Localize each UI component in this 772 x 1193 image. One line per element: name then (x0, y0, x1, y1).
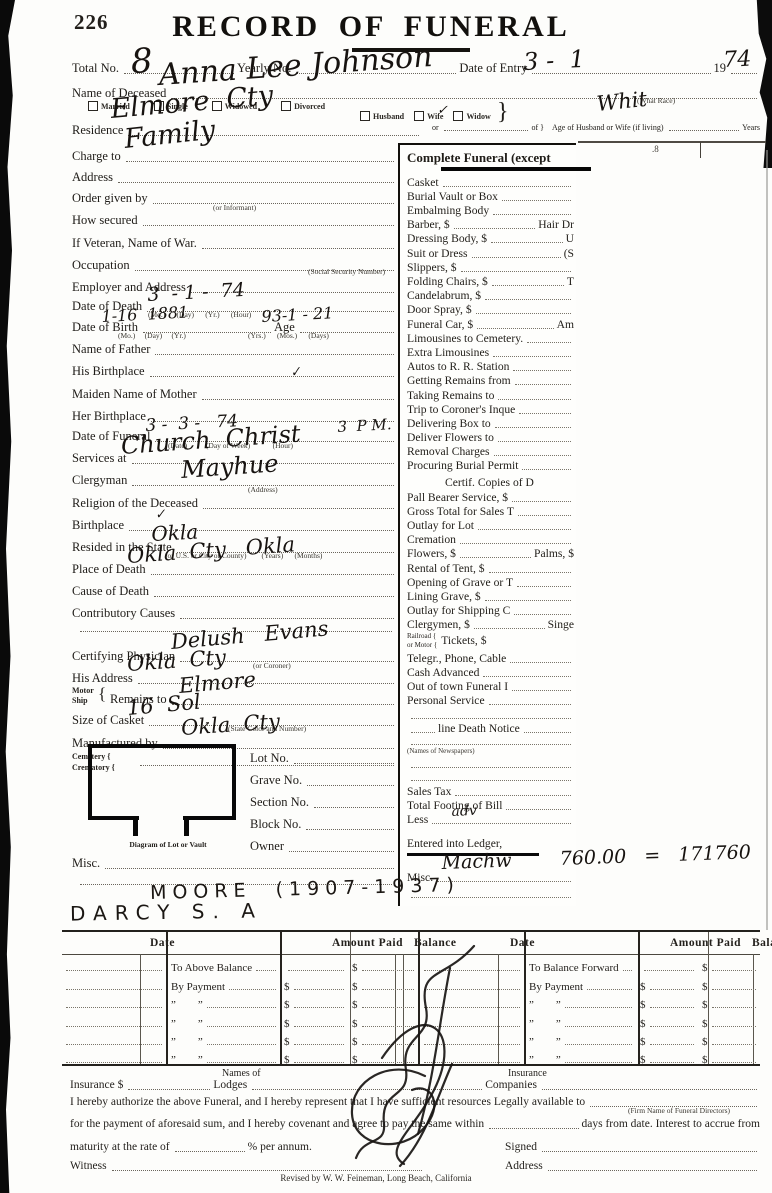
charge-item: Trip to Coroner's Inque (407, 402, 574, 416)
row-place-of-death: Place of Death (72, 563, 397, 576)
slip-header: Complete Funeral (except (407, 149, 574, 166)
charge-item: Out of town Funeral I (407, 679, 574, 693)
motor-ship-label: Motor Ship (72, 686, 94, 706)
hw-date-of-entry: 3 - 1 (523, 45, 586, 76)
diagram-leg (184, 817, 189, 836)
hw-total-no: 8 (130, 41, 154, 82)
marital-checkbox[interactable]: Divorced (281, 101, 325, 111)
lodges-label: Lodges (213, 1079, 247, 1091)
hw-year: 74 (723, 47, 752, 73)
firm-name-caption: (Firm Name of Funeral Directors) (628, 1106, 730, 1115)
row-if-veteran: If Veteran, Name of War. (72, 237, 397, 250)
col-date-left: Date (150, 937, 175, 949)
charge-item: Casket (407, 175, 574, 189)
charges-slip: Complete Funeral (except Casket Burial V… (398, 143, 576, 906)
form-credit: Revised by W. W. Feineman, Long Beach, C… (0, 1173, 752, 1183)
row-address-signed: Address (505, 1160, 760, 1172)
charge-item: Burial Vault or Box (407, 189, 574, 203)
row-birthplace: Birthplace (72, 519, 397, 532)
charge-item: Procuring Burial Permit (407, 458, 574, 472)
total-footing-item: Total Footing of Bill (407, 798, 574, 812)
charge-item: Outlay for Lot (407, 518, 574, 532)
charge-item: Funeral Car, $Am (407, 316, 574, 330)
spouse-checkboxes: HusbandWifeWidow (360, 111, 491, 121)
stray-tick (700, 142, 701, 158)
row-contributory: Contributory Causes (72, 607, 397, 620)
charge-item: Flowers, $Palms, $ (407, 546, 574, 560)
charge-item: Removal Charges (407, 444, 574, 458)
charge-item: Candelabrum, $ (407, 288, 574, 302)
charge-item: Extra Limousines (407, 345, 574, 359)
charge-item: Suit or Dress(S (407, 245, 574, 259)
charge-item: Dressing Body, $U (407, 231, 574, 245)
checkbox-icon[interactable] (88, 101, 98, 111)
record-of-funeral-form: 226 RECORD OF FUNERAL Total No. Yearly N… (0, 0, 772, 1193)
charge-item: Barber, $Hair Dr (407, 217, 574, 231)
spouse-checkbox[interactable]: Widow (453, 111, 490, 121)
charge-item: Door Spray, $ (407, 302, 574, 316)
charge-item: Limousines to Cemetery. (407, 331, 574, 345)
row-signed: Signed (505, 1141, 760, 1153)
charges-list-2: Pall Bearer Service, $ Gross Total for S… (407, 489, 574, 631)
checkbox-icon[interactable] (414, 111, 424, 121)
charge-item: Deliver Flowers to (407, 430, 574, 444)
row-name-of-father: Name of Father (72, 343, 397, 356)
col-amount-right: Amount Paid (670, 937, 741, 949)
widow-checkmark: ✓ (437, 103, 448, 118)
charge-item: Pall Bearer Service, $ (407, 489, 574, 503)
row-certifying-physician: Certifying Physician (72, 650, 397, 663)
scan-edge-left (0, 0, 15, 1193)
charge-item: Getting Remains from (407, 373, 574, 387)
row-or-of: or of } (432, 124, 544, 132)
charge-item: Autos to R. R. Station (407, 359, 574, 373)
charge-item: Telegr., Phone, Cable (407, 650, 574, 664)
row-lot-no: Lot No. (250, 752, 397, 765)
charge-item: Slippers, $ (407, 260, 574, 274)
hw-less-note: adv (451, 803, 477, 820)
charge-item: Opening of Grave or T (407, 575, 574, 589)
row-grave-no: Grave No. (250, 774, 397, 787)
row-block-no: Block No. (250, 818, 397, 831)
diagram-of-lot-box (88, 744, 236, 820)
checkbox-icon[interactable] (453, 111, 463, 121)
checkbox-icon[interactable] (360, 111, 370, 121)
date-of-entry-label: Date of Entry (459, 62, 527, 75)
spouse-checkbox[interactable]: Husband (360, 111, 404, 121)
certif-copies-item: Certif. Copies of D (407, 472, 574, 489)
scan-edge-right (753, 0, 772, 168)
charges-list-1: Casket Burial Vault or Box Embalming Bod… (407, 175, 574, 473)
charge-item: Clergymen, $Singe (407, 617, 574, 631)
sales-tax-item: Sales Tax (407, 783, 574, 797)
hw-name-of-deceased: Anna Lee Johnson (158, 39, 434, 93)
motor-ship-brace: { (98, 684, 106, 704)
hw-race: Whit (595, 87, 647, 116)
newspapers-caption: (Names of Newspapers) (407, 747, 574, 757)
names-of-caption: Names of (222, 1068, 261, 1079)
scan-edge-line (766, 150, 768, 930)
charge-item: Embalming Body (407, 203, 574, 217)
spouse-bracket: } (497, 100, 509, 124)
row-how-secured: How secured (72, 214, 397, 227)
total-no-label: Total No. (72, 62, 119, 75)
checkbox-icon[interactable] (281, 101, 291, 111)
row-religion: Religion of the Deceased (72, 497, 397, 510)
charge-item: Lining Grave, $ (407, 589, 574, 603)
hw-darcy-line: DARCY S. A (70, 898, 263, 925)
row-address: Address (72, 171, 397, 184)
charges-list-3: Telegr., Phone, Cable Cash Advanced Out … (407, 650, 574, 707)
insurance-caption: Insurance (508, 1068, 547, 1079)
charge-item: Rental of Tent, $ (407, 560, 574, 574)
charge-item: Cremation (407, 532, 574, 546)
charge-item: Personal Service (407, 693, 574, 707)
slip-top-line (578, 141, 766, 143)
page-title: RECORD OF FUNERAL (0, 10, 742, 44)
charge-item: Folding Chairs, $T (407, 274, 574, 288)
charge-item: Gross Total for Sales T (407, 504, 574, 518)
less-item: Less (407, 812, 574, 826)
diagram-leg (133, 817, 138, 836)
row-section-no: Section No. (250, 796, 397, 809)
row-rate: maturity at the rate of % per annum. (70, 1141, 340, 1153)
row-charge-to: Charge to (72, 150, 397, 163)
col-date-right: Date (510, 937, 535, 949)
stray-mark: .8 (652, 144, 659, 154)
insurance-label: Insurance $ (70, 1079, 123, 1091)
col-balance-right: Balance (752, 937, 772, 949)
row-age-of-husband: Age of Husband or Wife (if living) Years (552, 124, 760, 132)
railroad-tickets-item: Railroad {or Motor { Tickets, $ (407, 631, 574, 650)
charge-to-label: Charge to (72, 150, 121, 163)
signature-scrawl-2 (330, 1058, 490, 1173)
row-maiden-name: Maiden Name of Mother (72, 388, 397, 401)
row-his-birthplace: His Birthplace (72, 365, 397, 378)
companies-label: Companies (485, 1079, 537, 1091)
charge-item: Outlay for Shipping C (407, 603, 574, 617)
charge-item: Cash Advanced (407, 665, 574, 679)
charge-item: Delivering Box to (407, 416, 574, 430)
row-misc: Misc. (72, 857, 397, 870)
residence-label: Residence (72, 124, 123, 137)
charge-item: Taking Remains to (407, 387, 574, 401)
hw-funeral-hour: 3 P M. (337, 415, 392, 436)
death-notice-item: line Death Notice (407, 721, 574, 735)
slip-header-underline (441, 167, 591, 171)
hw-age: 93-1 - 21 (261, 303, 334, 326)
row-cause-of-death: Cause of Death (72, 585, 397, 598)
diagram-caption: Diagram of Lot or Vault (98, 840, 238, 849)
age-of-husband-label: Age of Husband or Wife (if living) (552, 124, 664, 132)
row-owner: Owner (250, 840, 397, 853)
